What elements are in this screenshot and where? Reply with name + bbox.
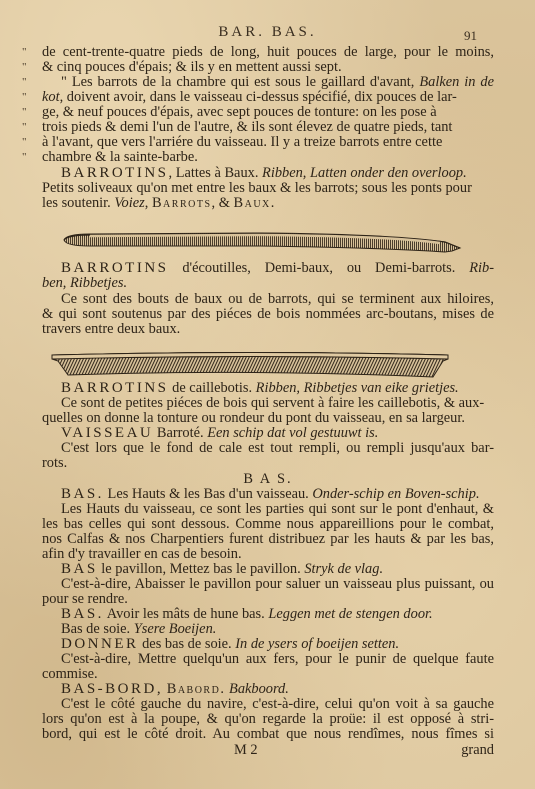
dutch-translation: Ribben, Ribbetjes van eike grietjes. [256, 380, 459, 396]
quoted-line-5: "ge, & neuf pouces d'épais, avec sept po… [42, 105, 494, 119]
section-heading-bas: B A S. [42, 472, 494, 486]
dutch-translation: Rib- [469, 260, 494, 276]
entry-barrotins-ecoutilles: BARROTINS d'écoutilles, Demi-baux, ou De… [42, 261, 494, 275]
dutch-translation: Een schip dat vol gestuuwt is. [207, 425, 378, 441]
definition-line: bord, qui est le côté droit. Au combat q… [42, 727, 494, 741]
dutch-translation: Ribben, Latten onder den overloop. [262, 165, 467, 181]
dutch-translation: Ysere Boeijen. [134, 621, 217, 637]
definition-line: les bas celles qui sont dessous. Comme n… [42, 517, 494, 531]
dutch-translation: Leggen met de stengen door. [268, 606, 432, 622]
cross-reference-barrots[interactable]: Barrots [152, 195, 212, 211]
dutch-term: Balken in de [419, 74, 494, 90]
dutch-translation: Onder-schip en Boven-schip. [312, 486, 479, 502]
quoted-line-7: "à l'avant, que vers l'arriére du vaisse… [42, 135, 494, 149]
dutch-translation: Bakboord. [229, 681, 289, 697]
definition-line: lors qu'on est à la poupe, & qu'on regar… [42, 712, 494, 726]
definition-line: rots. [42, 456, 494, 470]
quoted-line-8: "chambre & la sainte-barbe. [42, 150, 494, 164]
quote-mark: " [22, 120, 27, 134]
dutch-translation: In de ysers of boeijen setten. [235, 636, 399, 652]
headword: BARROTINS [42, 260, 169, 276]
quote-mark: " [22, 135, 27, 149]
definition-line: C'est lors que le fond de cale est tout … [42, 441, 494, 455]
headword: DONNER [42, 636, 139, 652]
headword: BAS. [42, 606, 104, 622]
running-title: BAR. BAS. [0, 24, 535, 41]
dutch-translation-cont: ben, Ribbetjes. [42, 276, 494, 290]
entry-bas-pavillon: BAS le pavillon, Mettez bas le pavillon.… [42, 562, 494, 576]
headword: BAS-BORD, [42, 681, 163, 697]
headword: BAS [42, 561, 98, 577]
entry-barrotins-lattes: BARROTINS, Lattes à Baux. Ribben, Latten… [42, 166, 494, 180]
definition-line: C'est le côté gauche du navire, c'est-à-… [42, 697, 494, 711]
cross-reference-baux[interactable]: Baux [234, 195, 271, 211]
entry-bas-mats: BAS. Avoir les mâts de hune bas. Leggen … [42, 607, 494, 621]
quoted-line-2: "& cinq pouces d'épais; & ils y en mette… [42, 60, 494, 74]
headword: BARROTINS [42, 165, 169, 181]
book-page: BAR. BAS. 91 "de cent-trente-quatre pied… [0, 0, 535, 789]
quote-mark: " [22, 60, 27, 74]
headword: VAISSEAU [42, 425, 153, 441]
dutch-translation: Stryk de vlag. [304, 561, 383, 577]
entry-bas-bord: BAS-BORD, Babord. Bakboord. [42, 682, 494, 696]
definition-line: nos Calfas & nos Charpentiers furent dis… [42, 532, 494, 546]
definition-line: & qui sont soutenus par des piéces de bo… [42, 307, 494, 321]
catchword: grand [461, 743, 494, 757]
quote-mark: " [22, 90, 27, 104]
quoted-line-1: "de cent-trente-quatre pieds de long, hu… [42, 45, 494, 59]
entry-vaisseau-barrote: VAISSEAU Barroté. Een schip dat vol gest… [42, 426, 494, 440]
definition-line: afin d'y travailler en cas de besoin. [42, 547, 494, 561]
quote-mark: " [22, 45, 27, 59]
headword: BAS. [42, 486, 104, 502]
entry-bas-soie: Bas de soie. Ysere Boeijen. [42, 622, 494, 636]
quoted-line-3: "" Les barrots de la chambre qui est sou… [42, 75, 494, 89]
definition-line: commise. [42, 667, 494, 681]
definition-line: C'est-à-dire, Mettre quelqu'un aux fers,… [42, 652, 494, 666]
definition-line: Petits soliveaux qu'on met entre les bau… [42, 181, 494, 195]
definition-line: C'est-à-dire, Abaisser le pavillon pour … [42, 577, 494, 591]
dutch-term: kot [42, 89, 60, 105]
definition-line: les soutenir. Voiez, Barrots, & Baux. [42, 196, 494, 210]
quoted-line-4: "kot, doivent avoir, dans le vaisseau ci… [42, 90, 494, 104]
signature-mark: M 2 [234, 743, 258, 757]
definition-line: quelles on donne la tonture ou rondeur d… [42, 411, 494, 425]
entry-donner: DONNER des bas de soie. In de ysers of b… [42, 637, 494, 651]
headword: BARROTINS [42, 380, 169, 396]
entry-bas-hauts: BAS. Les Hauts & les Bas d'un vaisseau. … [42, 487, 494, 501]
page-number: 91 [464, 28, 477, 44]
quote-mark: " [22, 150, 27, 164]
definition-line: travers entre deux baux. [42, 322, 494, 336]
definition-line: Les Hauts du vaisseau, ce sont les parti… [42, 502, 494, 516]
deck-beam-illustration-curved [60, 226, 480, 260]
deck-beam-illustration-straight [48, 349, 458, 379]
quoted-line-6: "trois pieds & demi l'un de l'autre, & i… [42, 120, 494, 134]
quote-mark: " [22, 75, 27, 89]
definition-line: pour se rendre. [42, 592, 494, 606]
quote-mark: " [22, 105, 27, 119]
definition-line: Ce sont de petites piéces de bois qui se… [42, 396, 494, 410]
definition-line: Ce sont des bouts de baux ou de barrots,… [42, 292, 494, 306]
entry-barrotins-caillebotis: BARROTINS de caillebotis. Ribben, Ribbet… [42, 381, 494, 395]
